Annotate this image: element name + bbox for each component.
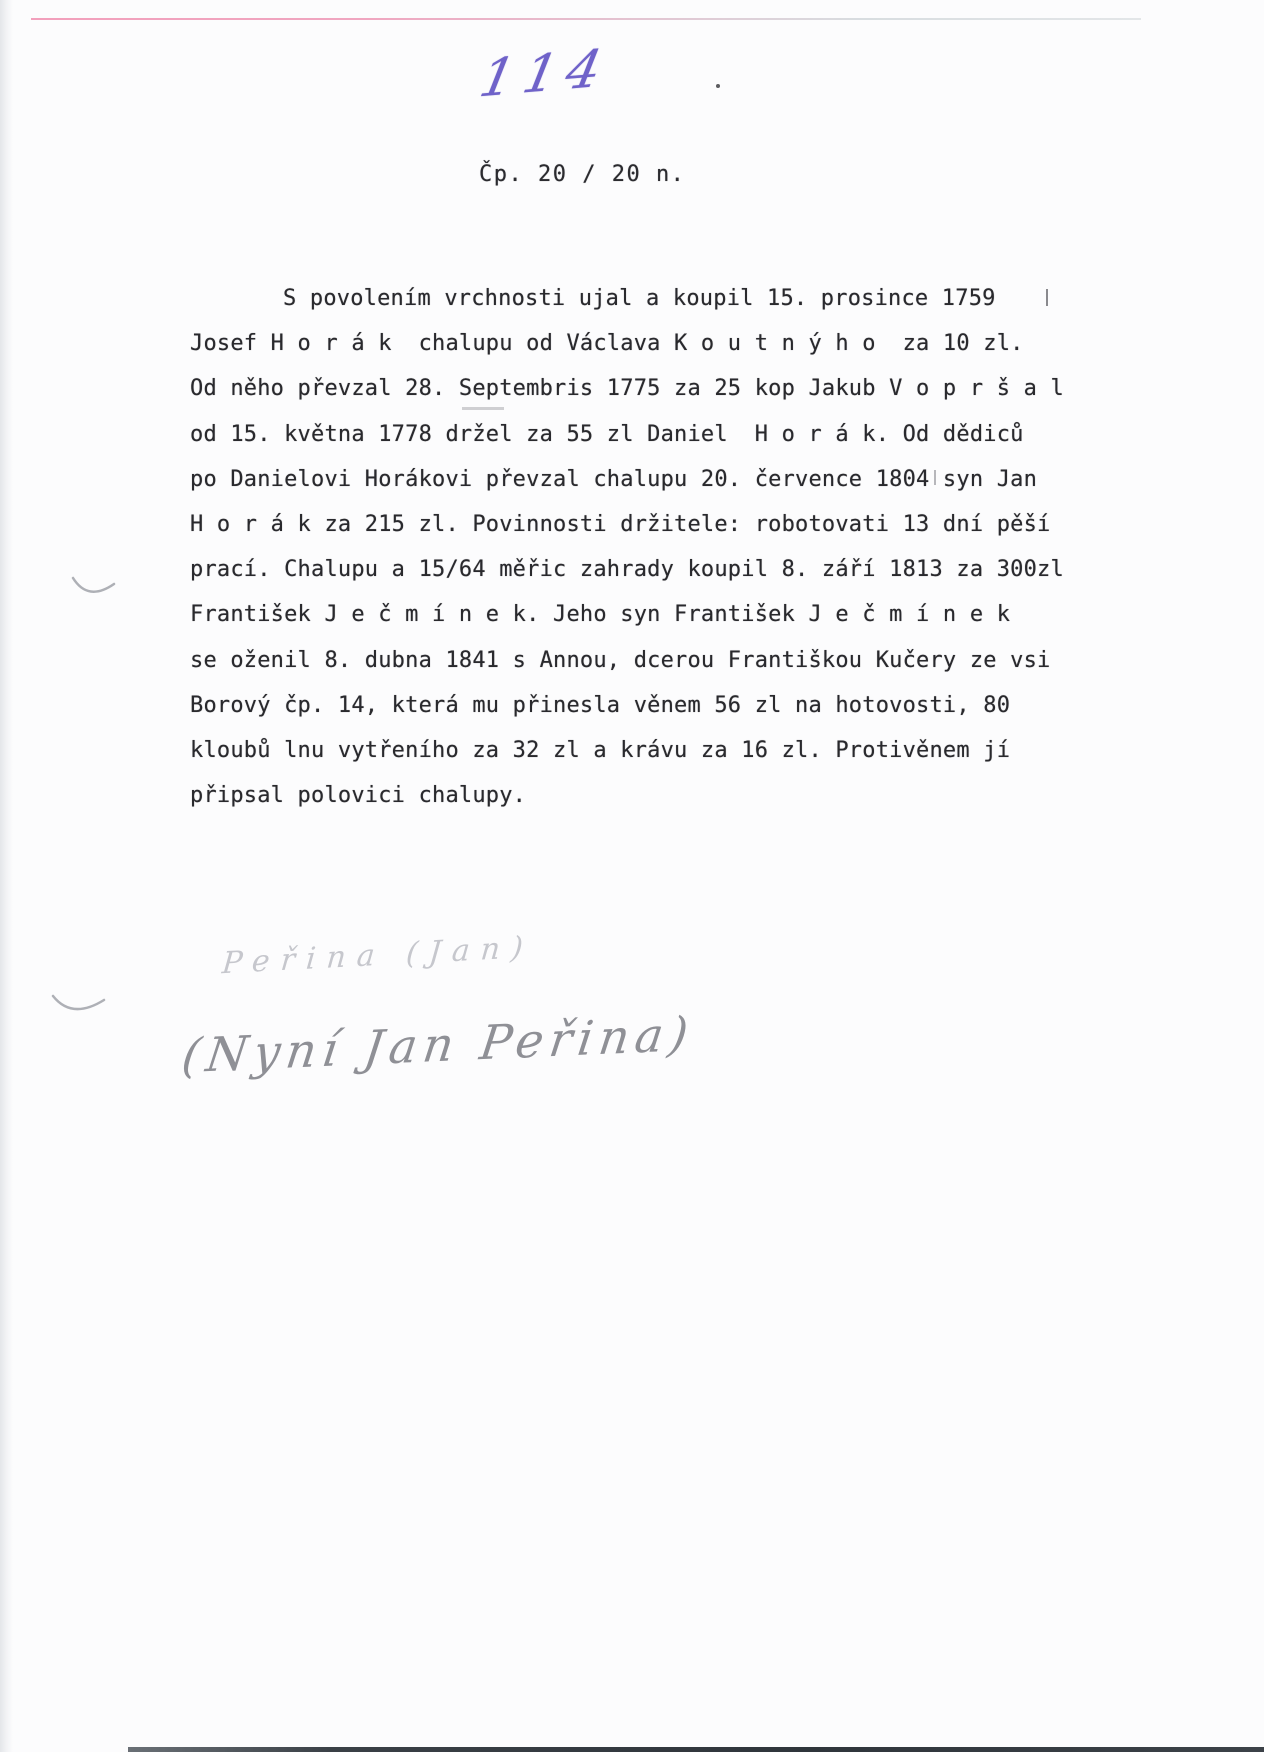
pencil-annotation-current-owner: (Nyní Jan Peřina) <box>179 1007 698 1085</box>
typewritten-line: František J e č m í n e k. Jeho syn Fran… <box>190 592 1090 637</box>
document-title: Čp. 20 / 20 n. <box>479 162 685 187</box>
typewritten-line: S povolením vrchnosti ujal a koupil 15. … <box>190 276 1090 321</box>
typewritten-paragraph: S povolením vrchnosti ujal a koupil 15. … <box>190 276 1090 818</box>
typewritten-line: po Danielovi Horákovi převzal chalupu 20… <box>190 457 1090 502</box>
typewritten-line: kloubů lnu vytřeního za 32 zl a krávu za… <box>190 728 1090 773</box>
scan-speck <box>934 470 936 485</box>
typewritten-line: od 15. května 1778 držel za 55 zl Daniel… <box>190 412 1090 457</box>
typewritten-line: Od něho převzal 28. Septembris 1775 za 2… <box>190 366 1090 411</box>
pencil-arc-mark <box>50 988 108 1022</box>
faint-pencil-annotation: Peřina (Jan) <box>221 930 536 982</box>
scan-left-edge <box>0 0 13 1752</box>
handwritten-page-number: 114 <box>475 39 616 110</box>
typewritten-line: prací. Chalupu a 15/64 měřic zahrady kou… <box>190 547 1090 592</box>
scan-speck <box>1046 289 1048 306</box>
scanned-document-page: 114 Čp. 20 / 20 n. S povolením vrchnosti… <box>0 0 1264 1752</box>
scan-speck <box>462 407 504 410</box>
scan-bottom-dark-line <box>128 1747 1264 1752</box>
typewritten-line: H o r á k za 215 zl. Povinnosti držitele… <box>190 502 1090 547</box>
pencil-arc-mark <box>70 572 118 604</box>
typewritten-line: se oženil 8. dubna 1841 s Annou, dcerou … <box>190 638 1090 683</box>
scan-top-pink-line <box>31 18 1141 20</box>
typewritten-line: Josef H o r á k chalupu od Václava K o u… <box>190 321 1090 366</box>
typewritten-line: připsal polovici chalupy. <box>190 773 1090 818</box>
scan-speck <box>716 84 720 88</box>
typewritten-line: Borový čp. 14, která mu přinesla věnem 5… <box>190 683 1090 728</box>
